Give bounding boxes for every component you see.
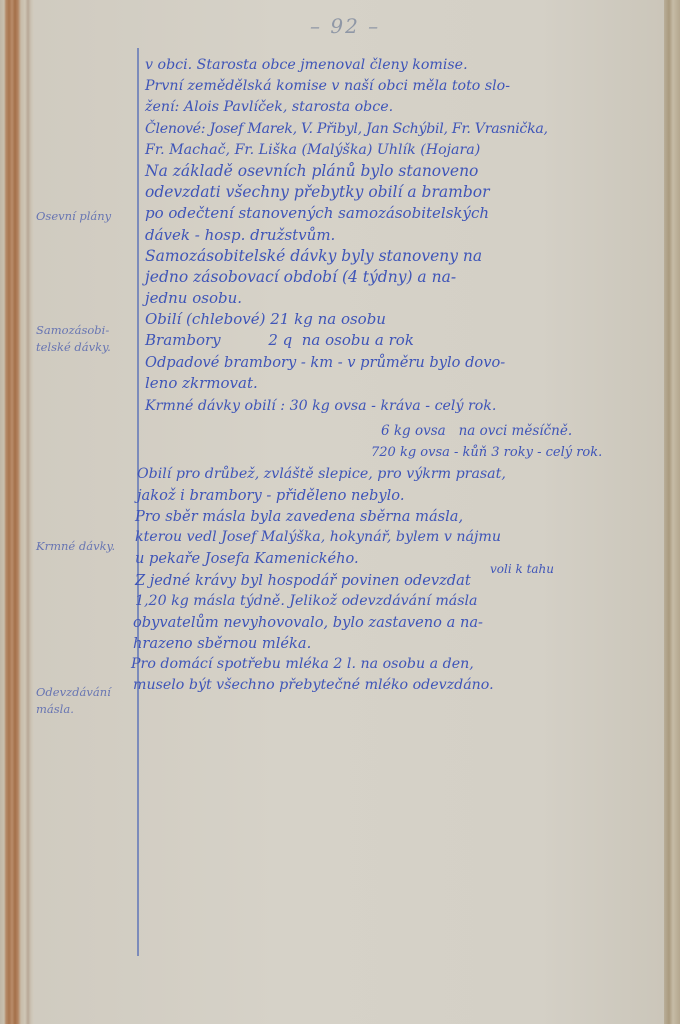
margin-note-line: Samozásobi-	[36, 322, 136, 339]
margin-note-line: Osevní plány	[36, 208, 136, 225]
text-line: Z jedné krávy byl hospodář povinen odevz…	[135, 570, 665, 591]
text-line: obyvatelům nevyhovovalo, bylo zastaveno …	[133, 612, 665, 633]
margin-note-krmne-davky: Krmné dávky.	[36, 538, 136, 555]
margin-note-line: Odevzdávání	[36, 684, 136, 701]
text-line: První zemědělská komise v naší obci měla…	[145, 76, 665, 97]
margin-note-osevni-plany: Osevní plány	[36, 208, 136, 225]
text-line: po odečtení stanovených samozásobitelský…	[145, 203, 665, 224]
text-line: Pro domácí spotřebu mléka 2 l. na osobu …	[131, 654, 665, 675]
scanned-document-page: – 92 – Osevní plány Samozásobi- telské d…	[0, 0, 680, 1024]
text-line: Členové: Josef Marek, V. Přibyl, Jan Sch…	[145, 119, 665, 140]
margin-note-odevzdavani-masla: Odevzdávání másla.	[36, 684, 136, 718]
text-line: leno zkrmovat.	[145, 373, 665, 394]
text-line: Na základě osevních plánů bylo stanoveno	[145, 161, 665, 182]
text-line: Obilí pro drůbež, zvláště slepice, pro v…	[137, 464, 665, 485]
text-line: v obci. Starosta obce jmenoval členy kom…	[145, 55, 665, 76]
margin-note-samozasobitelske-davky: Samozásobi- telské dávky.	[36, 322, 136, 356]
text-line: 1,20 kg másla týdně. Jelikož odevzdávání…	[135, 591, 665, 612]
margin-note-line: Krmné dávky.	[36, 538, 136, 555]
text-line: Odpadové brambory - km - v průměru bylo …	[145, 352, 665, 373]
text-line: dávek - hosp. družstvům.	[145, 225, 665, 246]
page-number: – 92 –	[310, 14, 380, 38]
text-line: u pekaře Josefa Kamenického.	[135, 548, 665, 569]
text-line: kterou vedl Josef Malýška, hokynář, byle…	[135, 527, 665, 548]
margin-note-line: másla.	[36, 701, 136, 718]
text-line: Krmné dávky obilí : 30 kg ovsa - kráva -…	[145, 396, 665, 417]
text-line: Brambory 2 q na osobu a rok	[145, 330, 665, 351]
text-line: muselo být všechno přebytečné mléko odev…	[133, 675, 665, 696]
text-line: odevzdati všechny přebytky obilí a bramb…	[145, 182, 665, 203]
text-line: hrazeno sběrnou mléka.	[133, 633, 665, 654]
text-line: Samozásobitelské dávky byly stanoveny na	[145, 246, 665, 267]
text-line: žení: Alois Pavlíček, starosta obce.	[145, 97, 665, 118]
margin-note-line: telské dávky.	[36, 339, 136, 356]
book-binding	[0, 0, 34, 1024]
text-line: jedno zásobovací období (4 týdny) a na-	[145, 267, 665, 288]
text-line: Pro sběr másla byla zavedena sběrna másl…	[135, 506, 665, 527]
text-line: 6 kg ovsa na ovci měsíčně.	[145, 421, 665, 442]
handwritten-body: v obci. Starosta obce jmenoval členy kom…	[145, 55, 665, 697]
text-line: jednu osobu.	[145, 288, 665, 309]
text-line: 720 kg ovsa - kůň 3 roky - celý rok.	[145, 442, 665, 463]
page-edge	[664, 0, 680, 1024]
text-line: jakož i brambory - přiděleno nebylo.	[137, 485, 665, 506]
text-line: Obilí (chlebové) 21 kg na osobu	[145, 309, 665, 330]
text-line: Fr. Machač, Fr. Liška (Malýška) Uhlík (H…	[145, 140, 665, 161]
